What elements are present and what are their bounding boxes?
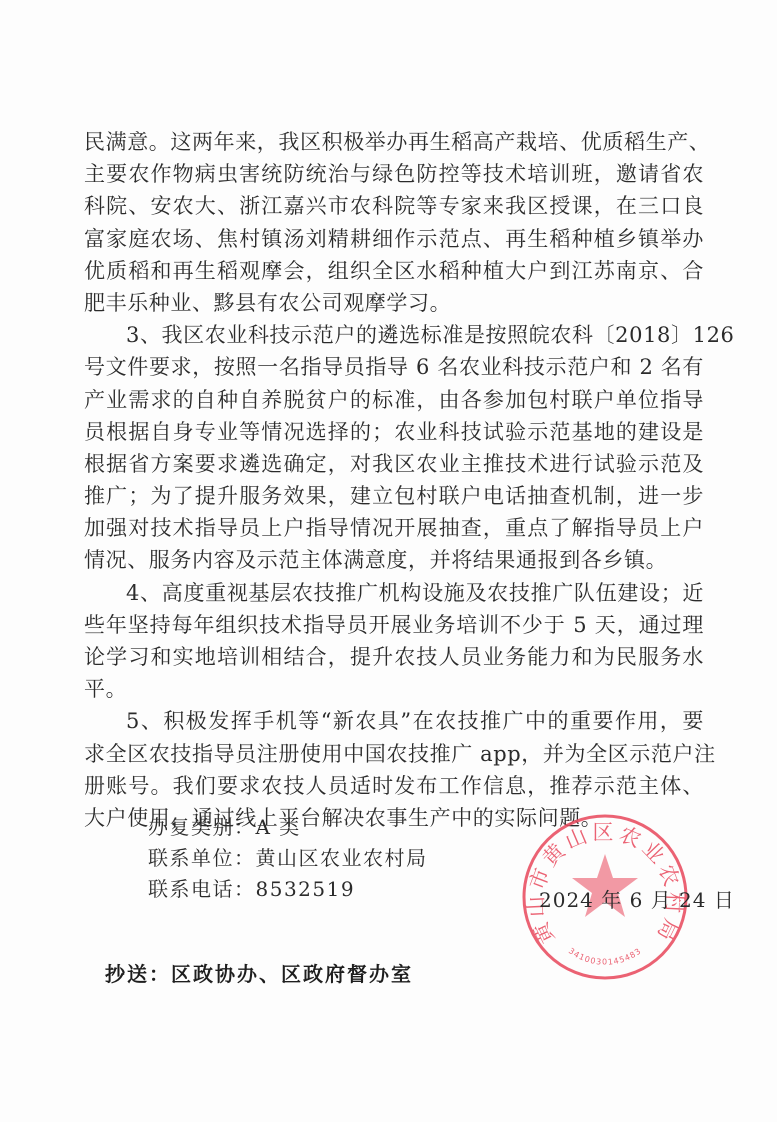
text-line: 员根据自身专业等情况选择的；农业科技试验示范基地的建设是	[84, 416, 704, 448]
text-line: 册账号。我们要求农技人员适时发布工作信息，推荐示范主体、	[84, 770, 704, 802]
reply-category-value: A 类	[256, 815, 301, 839]
text-line: 加强对技术指导员上户指导情况开展抽查，重点了解指导员上户	[84, 512, 704, 544]
cc-recipients: 抄送：区政协办、区政府督办室	[105, 958, 413, 987]
text-line: 些年坚持每年组织技术指导员开展业务培训不少于 5 天，通过理	[84, 609, 704, 641]
text-line: 民满意。这两年来，我区积极举办再生稻高产栽培、优质稻生产、	[84, 126, 704, 158]
text-line: 5、积极发挥手机等“新农具”在农技推广中的重要作用，要	[84, 705, 704, 737]
contact-phone-label: 联系电话：	[148, 877, 256, 901]
text-line: 3、我区农业科技示范户的遴选标准是按照皖农科〔2018〕126	[84, 319, 704, 351]
text-line: 推广；为了提升服务效果，建立包村联户电话抽查机制，进一步	[84, 480, 704, 512]
contact-unit-value: 黄山区农业农村局	[256, 846, 428, 870]
text-line: 富家庭农场、焦村镇汤刘精耕细作示范点、再生稻种植乡镇举办	[84, 223, 704, 255]
text-line: 情况、服务内容及示范主体满意度，并将结果通报到各乡镇。	[84, 544, 704, 576]
contact-phone-value: 8532519	[256, 877, 356, 901]
body-text: 民满意。这两年来，我区积极举办再生稻高产栽培、优质稻生产、 主要农作物病虫害统防…	[84, 126, 704, 834]
reply-category-label: 办复类别：	[148, 815, 256, 839]
svg-text:3410030145483: 3410030145483	[567, 946, 643, 966]
text-line: 优质稻和再生稻观摩会，组织全区水稻种植大户到江苏南京、合	[84, 255, 704, 287]
text-line: 根据省方案要求遴选确定，对我区农业主推技术进行试验示范及	[84, 448, 704, 480]
text-line: 产业需求的自种自养脱贫户的标准，由各参加包村联户单位指导	[84, 384, 704, 416]
reply-category: 办复类别：A 类	[148, 812, 428, 843]
text-line: 求全区农技指导员注册使用中国农技推广 app，并为全区示范户注	[84, 738, 704, 770]
contact-unit: 联系单位：黄山区农业农村局	[148, 843, 428, 874]
text-line: 号文件要求，按照一名指导员指导 6 名农业科技示范户和 2 名有	[84, 351, 704, 383]
text-line: 平。	[84, 673, 704, 705]
text-line: 4、高度重视基层农技推广机构设施及农技推广队伍建设；近	[84, 577, 704, 609]
text-line: 论学习和实地培训相结合，提升农技人员业务能力和为民服务水	[84, 641, 704, 673]
contact-phone: 联系电话：8532519	[148, 874, 428, 905]
issue-date: 2024 年 6 月 24 日	[539, 884, 735, 913]
text-line: 科院、安农大、浙江嘉兴市农科院等专家来我区授课，在三口良	[84, 190, 704, 222]
reply-meta: 办复类别：A 类 联系单位：黄山区农业农村局 联系电话：8532519	[148, 812, 428, 905]
contact-unit-label: 联系单位：	[148, 846, 256, 870]
document-page: 民满意。这两年来，我区积极举办再生稻高产栽培、优质稻生产、 主要农作物病虫害统防…	[0, 0, 777, 1122]
text-line: 肥丰乐种业、黟县有农公司观摩学习。	[84, 287, 704, 319]
text-line: 主要农作物病虫害统防统治与绿色防控等技术培训班，邀请省农	[84, 158, 704, 190]
